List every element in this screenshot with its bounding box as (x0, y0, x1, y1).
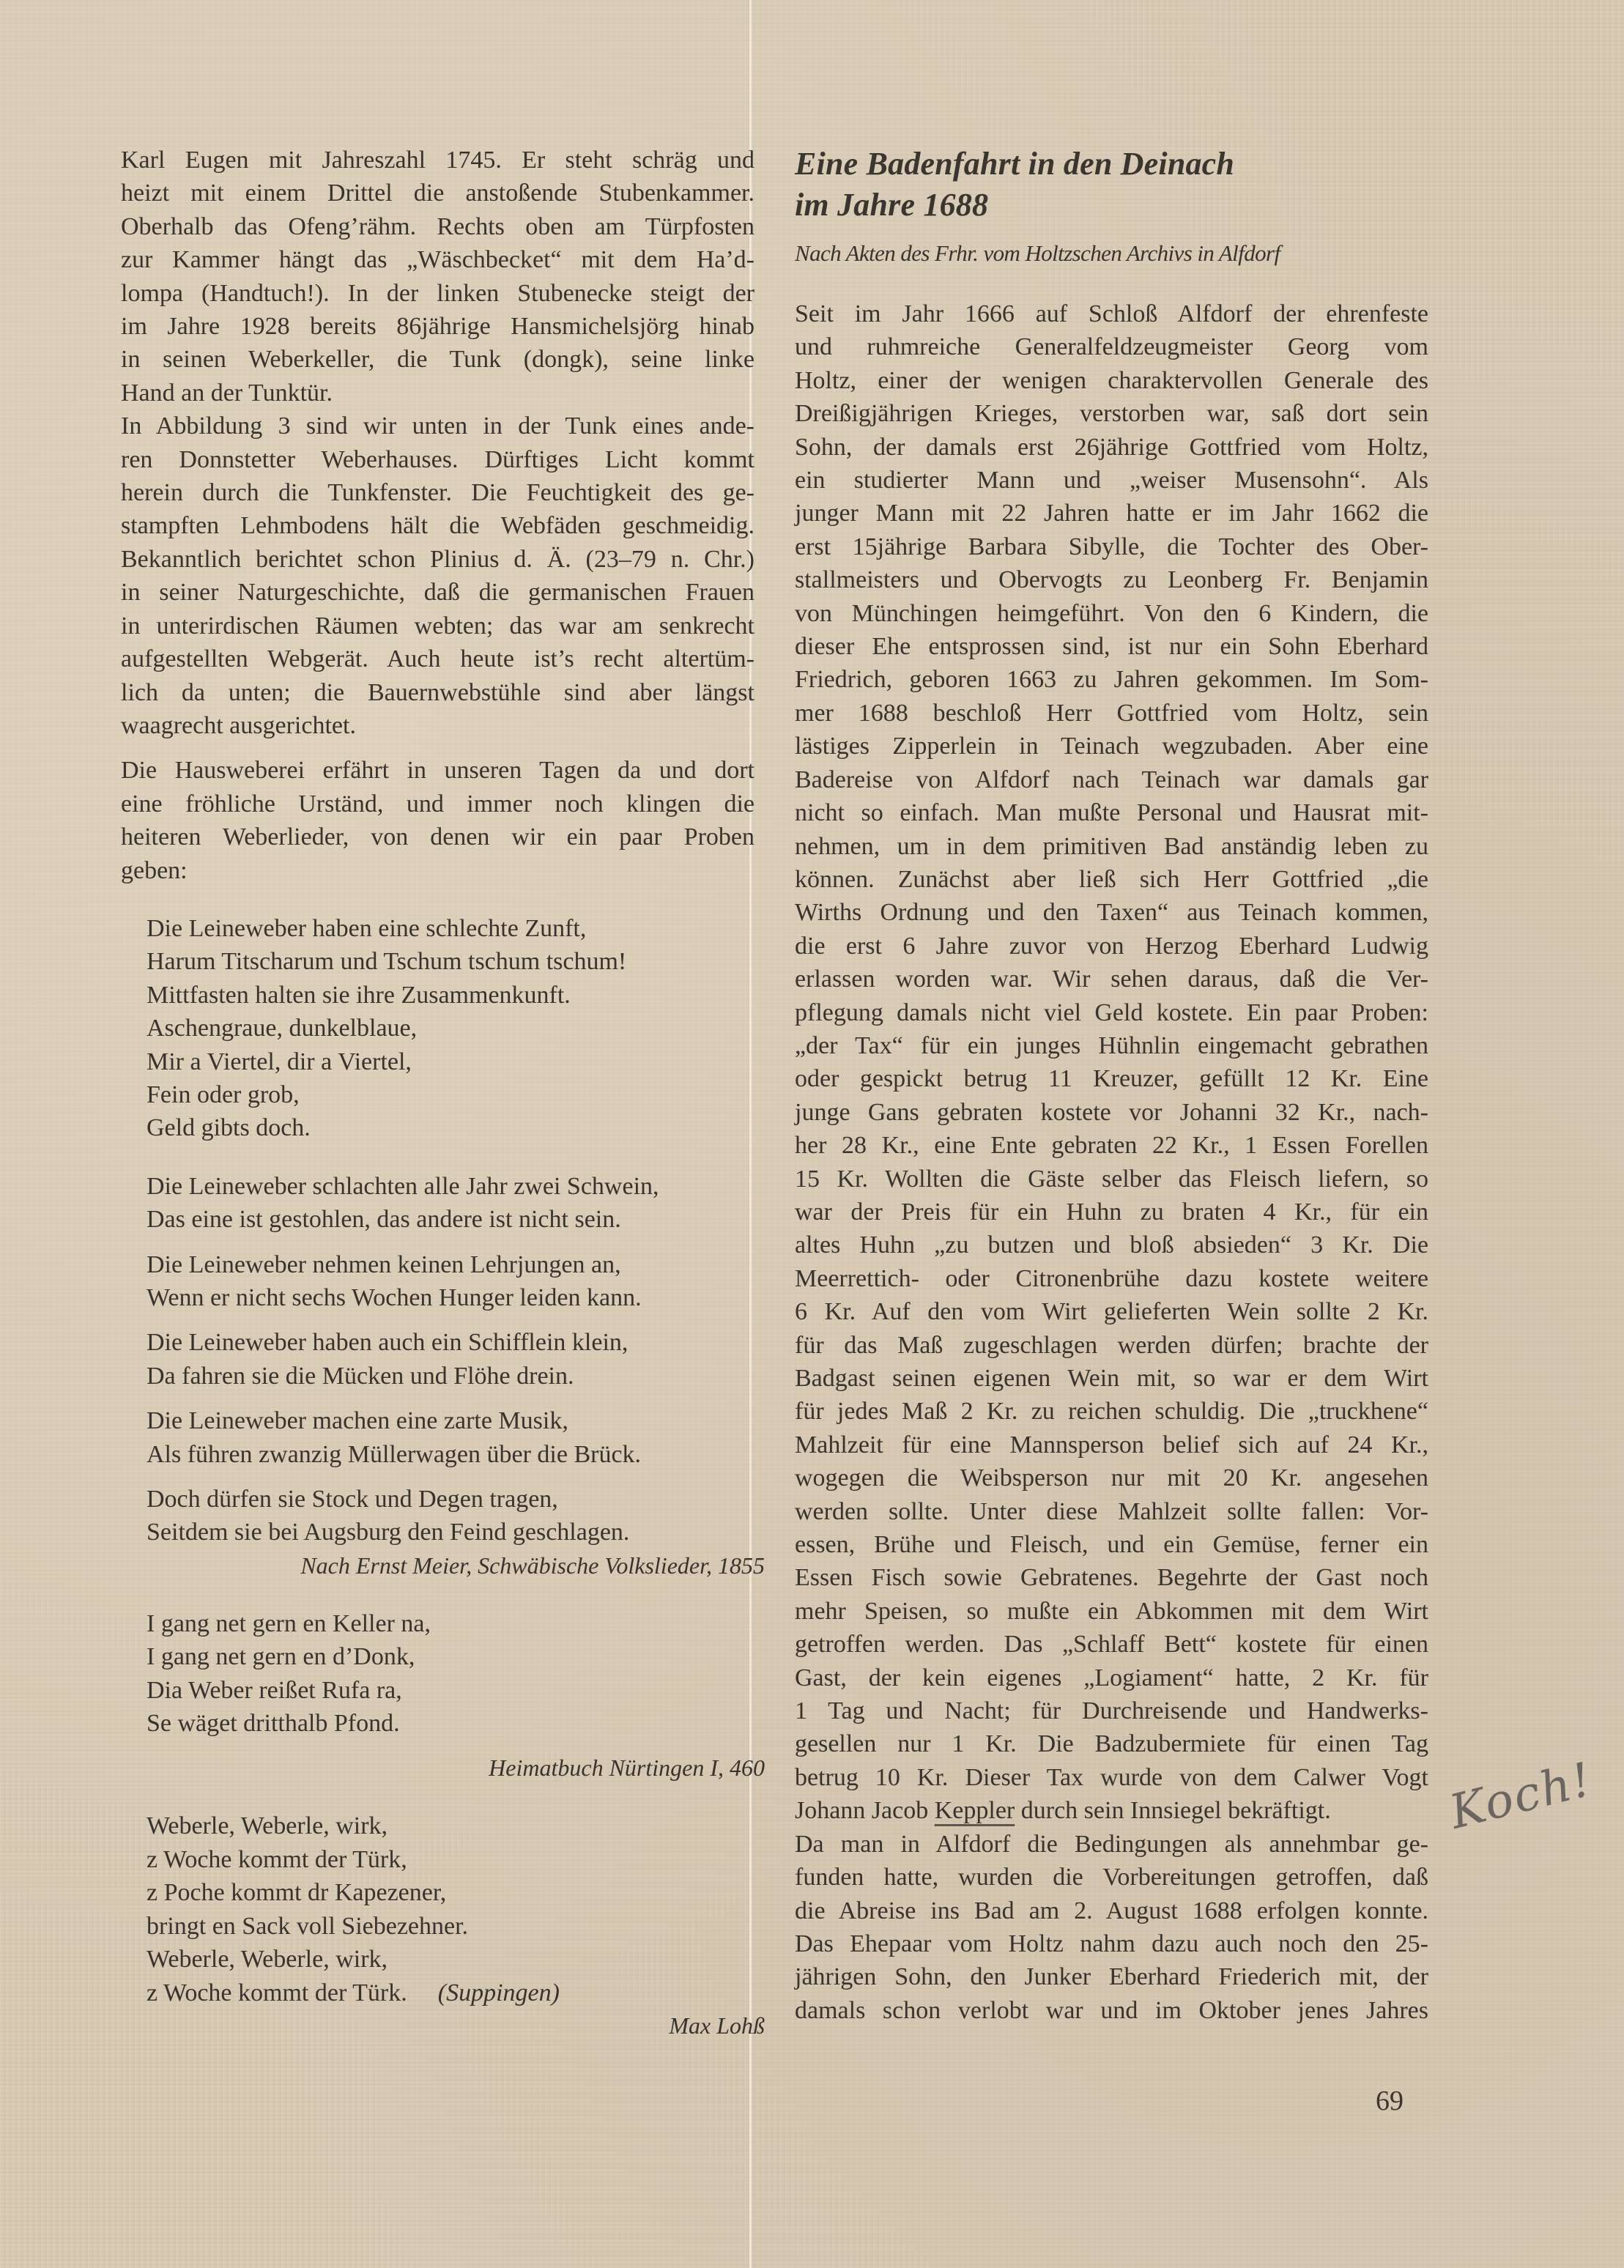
song-keller-source: Heimatbuch Nürtingen I, 460 (121, 1752, 765, 1785)
verse-line: Geld gibts doch. (147, 1111, 754, 1144)
text-line: nicht so einfach. Man mußte Personal und… (795, 796, 1428, 829)
text-line: Wirths Ordnung und den Taxen“ aus Teinac… (795, 896, 1428, 929)
text-line: Bekanntlich berichtet schon Plinius d. Ä… (121, 543, 754, 576)
song-weberle: Weberle, Weberle, wirk,z Woche kommt der… (147, 1809, 754, 2009)
text-line: 6 Kr. Auf den vom Wirt gelieferten Wein … (795, 1295, 1428, 1328)
verse-line: Die Leineweber haben auch ein Schifflein… (147, 1326, 754, 1359)
text-line: erst 15jährige Barbara Sibylle, die Toch… (795, 530, 1428, 563)
text-line: Essen Fisch sowie Gebratenes. Begehrte d… (795, 1561, 1428, 1594)
text-line: junge Gans gebraten kostete vor Johanni … (795, 1096, 1428, 1129)
text-line: Mahlzeit für eine Mannsperson belief sic… (795, 1428, 1428, 1461)
verse-line: z Poche kommt dr Kapezener, (147, 1876, 754, 1909)
text-line: können. Zunächst aber ließ sich Herr Got… (795, 863, 1428, 896)
text-line: waagrecht ausgerichtet. (121, 709, 754, 742)
text-line: Meerrettich- oder Citronenbrühe dazu kos… (795, 1262, 1428, 1295)
keppler-line: Johann Jacob Keppler durch sein Innsiege… (795, 1794, 1428, 1827)
text-line: zur Kammer hängt das „Wäschbecket“ mit d… (121, 243, 754, 276)
text-line: heiteren Weberlieder, von denen wir ein … (121, 820, 754, 853)
song-leineweber: Die Leineweber haben eine schlechte Zunf… (147, 912, 754, 1549)
text-line: Da man in Alfdorf die Bedingungen als an… (795, 1828, 1428, 1861)
handwritten-margin-note: Koch! (1445, 1752, 1598, 1840)
verse-line: I gang net gern en Keller na, (147, 1607, 754, 1640)
left-column: Karl Eugen mit Jahreszahl 1745. Er steht… (121, 144, 754, 2042)
text-line: junger Mann mit 22 Jahren hatte er im Ja… (795, 497, 1428, 530)
verse-line: Doch dürfen sie Stock und Degen tragen, (147, 1483, 754, 1516)
verse-line: Die Leineweber machen eine zarte Musik, (147, 1404, 754, 1437)
verse-line: Da fahren sie die Mücken und Flöhe drein… (147, 1360, 754, 1393)
text-line: ein studierter Mann und „weiser Musensoh… (795, 464, 1428, 497)
text-line: lästiges Zipperlein in Teinach wegzubade… (795, 730, 1428, 763)
text-line: erlassen worden war. Wir sehen daraus, d… (795, 963, 1428, 996)
text-line: Hand an der Tunktür. (121, 377, 754, 409)
text-line: ren Donnstetter Weberhauses. Dürftiges L… (121, 443, 754, 476)
article-subtitle: Nach Akten des Frhr. vom Holtzschen Arch… (795, 239, 1428, 268)
text-line: im Jahre 1928 bereits 86jährige Hansmich… (121, 310, 754, 343)
article-title: Eine Badenfahrt in den Deinach im Jahre … (795, 144, 1428, 226)
text-line: in seinen Weberkeller, die Tunk (dongk),… (121, 343, 754, 376)
paragraph-ofen: Karl Eugen mit Jahreszahl 1745. Er steht… (121, 144, 754, 409)
verse-line: z Woche kommt der Türk, (147, 1843, 754, 1876)
text-line: dieser Ehe entsprossen sind, ist nur ein… (795, 630, 1428, 663)
text-line: her 28 Kr., eine Ente gebraten 22 Kr., 1… (795, 1129, 1428, 1162)
paragraph-tunk: In Abbildung 3 sind wir unten in der Tun… (121, 409, 754, 742)
verse-line: Dia Weber reißet Rufa ra, (147, 1674, 754, 1707)
text-line: Dreißigjährigen Krieges, verstorben war,… (795, 397, 1428, 430)
verse-line: Das eine ist gestohlen, das andere ist n… (147, 1203, 754, 1236)
text-line: Holtz, einer der wenigen charaktervollen… (795, 364, 1428, 397)
text-line: in unterirdischen Räumen webten; das war… (121, 609, 754, 642)
text-line: In Abbildung 3 sind wir unten in der Tun… (121, 409, 754, 442)
song-leineweber-source: Nach Ernst Meier, Schwäbische Volksliede… (121, 1549, 765, 1582)
text-line: für das Maß zugeschlagen werden dürfen; … (795, 1329, 1428, 1362)
article-body-paragraph-2: Da man in Alfdorf die Bedingungen als an… (795, 1828, 1428, 2027)
text-line: Sohn, der damals erst 26jährige Gottfrie… (795, 431, 1428, 464)
text-line: gesellen nur 1 Kr. Die Badzubermiete für… (795, 1727, 1428, 1760)
verse-line: Aschengraue, dunkelblaue, (147, 1012, 754, 1045)
text-line: die Abreise ins Bad am 2. August 1688 er… (795, 1894, 1428, 1927)
text-line: „der Tax“ für ein junges Hühnlin eingema… (795, 1029, 1428, 1062)
verse-line: Wenn er nicht sechs Wochen Hunger leiden… (147, 1281, 754, 1314)
verse-line: Die Leineweber nehmen keinen Lehrjungen … (147, 1248, 754, 1281)
verse-line: I gang net gern en d’Donk, (147, 1640, 754, 1673)
text-line: betrug 10 Kr. Dieser Tax wurde von dem C… (795, 1761, 1428, 1794)
text-line: mehr Speisen, so mußte ein Abkommen mit … (795, 1595, 1428, 1628)
text-line: Oberhalb das Ofeng’rähm. Rechts oben am … (121, 210, 754, 243)
text-line: stallmeisters und Obervogts zu Leonberg … (795, 563, 1428, 596)
paragraph-hausweberei: Die Hausweberei erfährt in unseren Tagen… (121, 754, 754, 887)
article-body-paragraph-1: Seit im Jahr 1666 auf Schloß Alfdorf der… (795, 297, 1428, 1794)
text-line: die erst 6 Jahre zuvor von Herzog Eberha… (795, 930, 1428, 963)
verse-line: Mittfasten halten sie ihre Zusammenkunft… (147, 979, 754, 1012)
song-keller: I gang net gern en Keller na,I gang net … (147, 1607, 754, 1741)
text-line: eine fröhliche Urständ, und immer noch k… (121, 787, 754, 820)
text-line: getroffen werden. Das „Schlaff Bett“ kos… (795, 1628, 1428, 1661)
text-line: Das Ehepaar vom Holtz nahm dazu auch noc… (795, 1927, 1428, 1960)
text-line: damals schon verlobt war und im Oktober … (795, 1994, 1428, 2027)
verse-line: Weberle, Weberle, wirk, (147, 1809, 754, 1842)
text-line: pflegung damals nicht viel Geld kostete.… (795, 996, 1428, 1029)
song-weberle-author: Max Lohß (121, 2009, 765, 2042)
underlined-name-keppler: Keppler (935, 1797, 1015, 1824)
text-line: mer 1688 beschloß Herr Gottfried vom Hol… (795, 697, 1428, 730)
text-line: stampften Lehmbodens hält die Webfäden g… (121, 509, 754, 542)
text-line: werden sollte. Unter diese Mahlzeit soll… (795, 1495, 1428, 1528)
text-line: herein durch die Tunkfenster. Die Feucht… (121, 476, 754, 509)
verse-line: Als führen zwanzig Müllerwagen über die … (147, 1438, 754, 1471)
verse-line: Se wäget dritthalb Pfond. (147, 1707, 754, 1740)
text-line: Badgast seinen eigenen Wein mit, so war … (795, 1362, 1428, 1395)
text-line: lich da unten; die Bauernwebstühle sind … (121, 676, 754, 709)
text-line: nehmen, um in dem primitiven Bad anständ… (795, 830, 1428, 863)
article-title-line-1: Eine Badenfahrt in den Deinach (795, 144, 1428, 185)
text-line: Gast, der kein eigenes „Logiament“ hatte… (795, 1661, 1428, 1694)
text-line: für jedes Maß 2 Kr. zu reichen schuldig.… (795, 1395, 1428, 1428)
text-line: und ruhmreiche Generalfeldzeugmeister Ge… (795, 330, 1428, 363)
right-column: Eine Badenfahrt in den Deinach im Jahre … (795, 144, 1428, 2027)
text-line: altes Huhn „zu butzen und bloß absieden“… (795, 1228, 1428, 1261)
text-line: in seiner Naturgeschichte, daß die germa… (121, 576, 754, 609)
verse-line: Die Leineweber haben eine schlechte Zunf… (147, 912, 754, 945)
verse-line: Seitdem sie bei Augsburg den Feind gesch… (147, 1516, 754, 1549)
text-line: Badereise von Alfdorf nach Teinach war d… (795, 763, 1428, 796)
text-line: Friedrich, geboren 1663 zu Jahren gekomm… (795, 663, 1428, 696)
article-body-keppler-line: Johann Jacob Keppler durch sein Innsiege… (795, 1794, 1428, 1827)
text-line: heizt mit einem Drittel die anstoßende S… (121, 177, 754, 210)
text-line: lompa (Handtuch!). In der linken Stubene… (121, 277, 754, 310)
verse-line: z Woche kommt der Türk.(Suppingen) (147, 1976, 754, 2009)
text-line: von Münchingen heimgeführt. Von den 6 Ki… (795, 597, 1428, 630)
text-line: oder gespickt betrug 11 Kreuzer, gefüllt… (795, 1062, 1428, 1095)
text-line: Seit im Jahr 1666 auf Schloß Alfdorf der… (795, 297, 1428, 330)
text-line: 15 Kr. Wollten die Gäste selber das Flei… (795, 1163, 1428, 1196)
verse-line: Weberle, Weberle, wirk, (147, 1943, 754, 1976)
text-line: geben: (121, 854, 754, 887)
text-line: 1 Tag und Nacht; für Durchreisende und H… (795, 1694, 1428, 1727)
text-line: essen, Brühe und Fleisch, und ein Gemüse… (795, 1528, 1428, 1561)
song-place-note: (Suppingen) (438, 1979, 560, 2006)
text-line: Die Hausweberei erfährt in unseren Tagen… (121, 754, 754, 787)
verse-line: Mir a Viertel, dir a Viertel, (147, 1045, 754, 1078)
text-line: war der Preis für ein Huhn zu braten 4 K… (795, 1196, 1428, 1228)
text-line: wogegen die Weibsperson nur mit 20 Kr. a… (795, 1461, 1428, 1494)
page-number: 69 (1376, 2085, 1404, 2117)
text-line: aufgestellten Webgerät. Auch heute ist’s… (121, 642, 754, 675)
verse-line: Die Leineweber schlachten alle Jahr zwei… (147, 1170, 754, 1203)
text-line: Karl Eugen mit Jahreszahl 1745. Er steht… (121, 144, 754, 177)
verse-line: bringt en Sack voll Siebezehner. (147, 1910, 754, 1943)
verse-line: Fein oder grob, (147, 1078, 754, 1111)
verse-line: Harum Titscharum und Tschum tschum tschu… (147, 945, 754, 978)
text-line: funden hatte, wurden die Vorbereitungen … (795, 1861, 1428, 1894)
article-title-line-2: im Jahre 1688 (795, 185, 1428, 226)
text-line: jährigen Sohn, den Junker Eberhard Fried… (795, 1960, 1428, 1993)
